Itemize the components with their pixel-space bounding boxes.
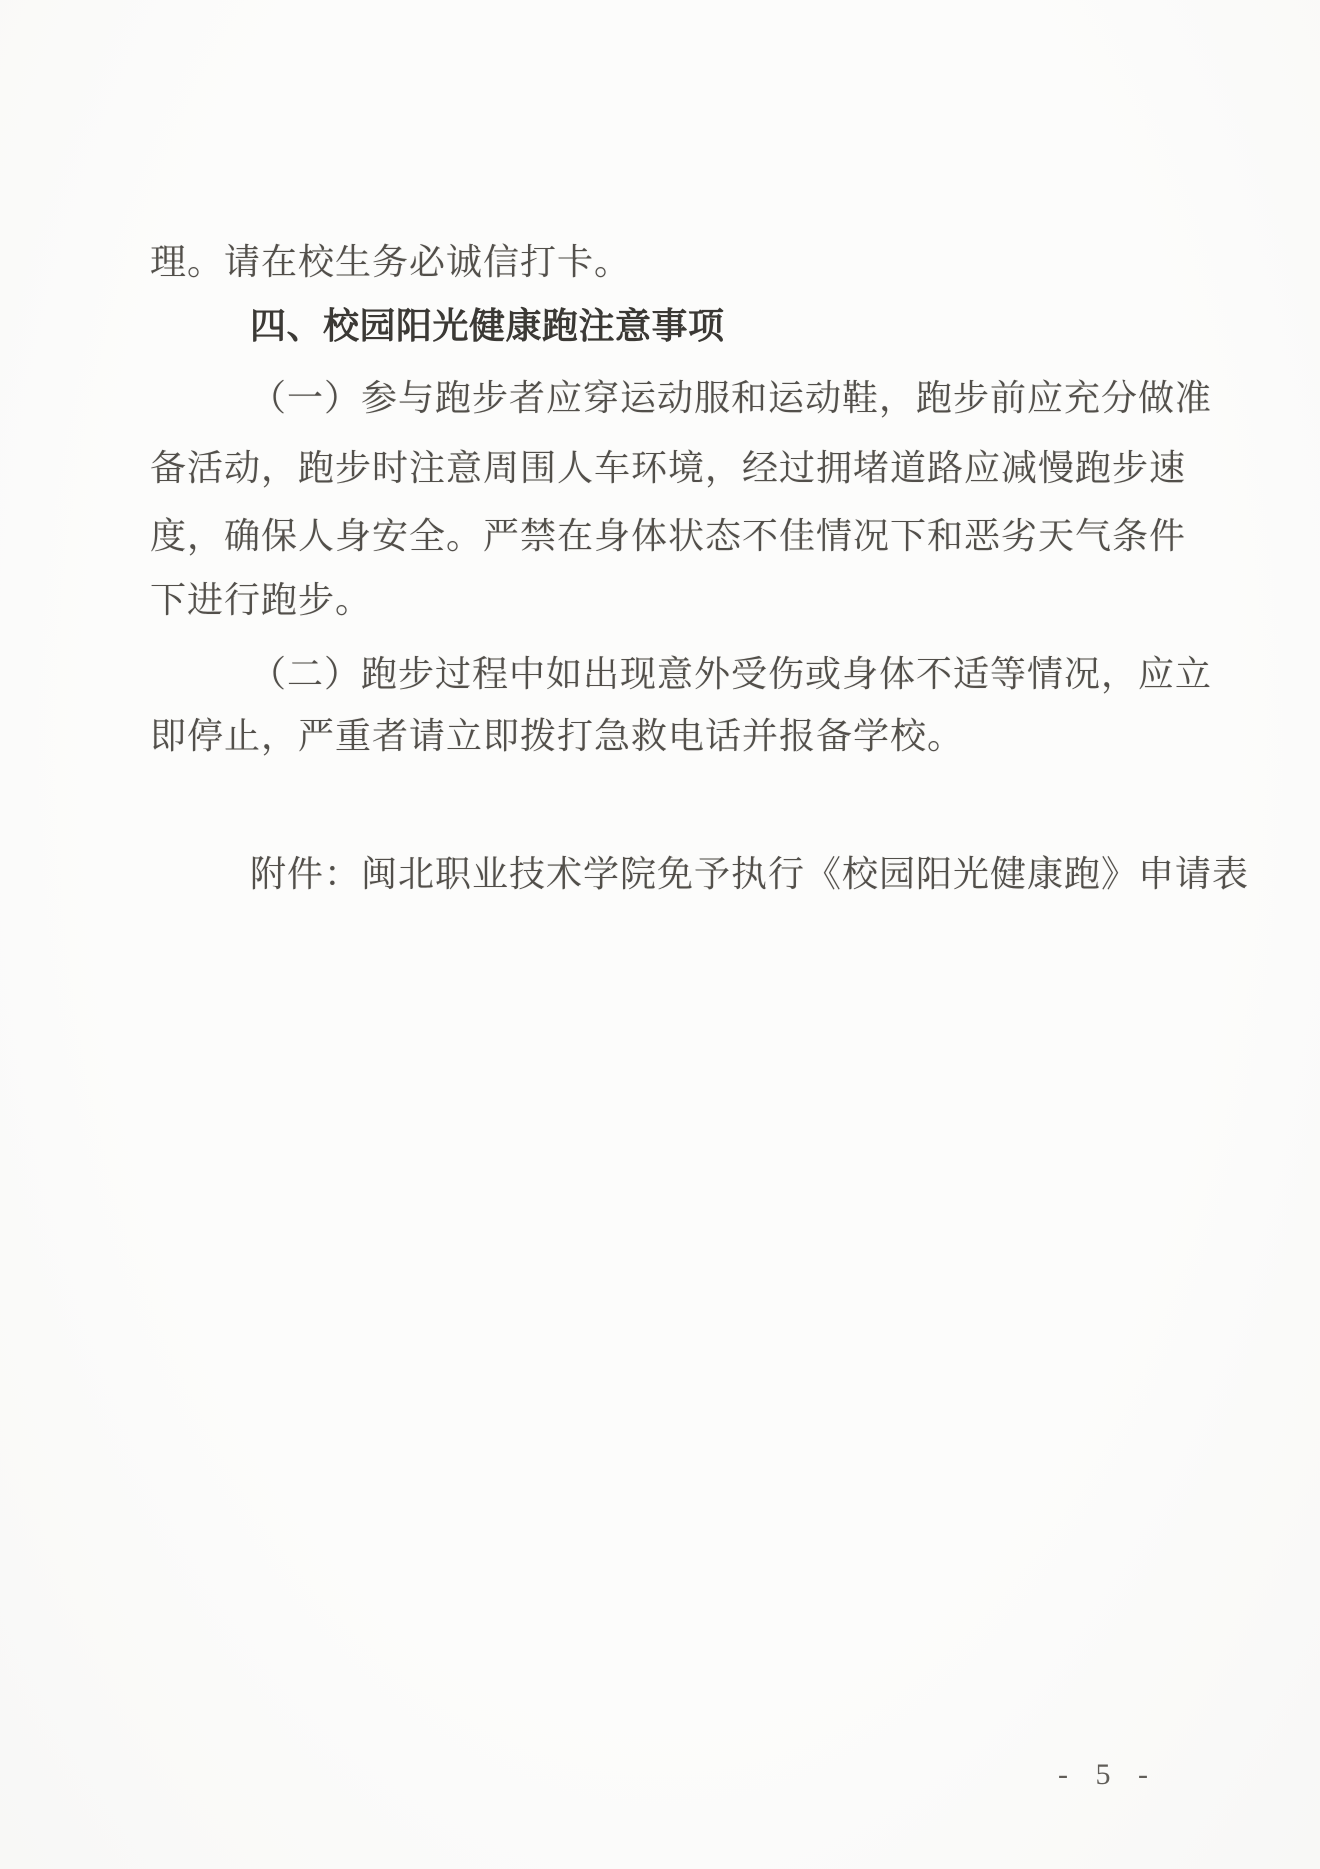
scanned-document-page: 理。请在校生务必诚信打卡。 四、校园阳光健康跑注意事项 （一）参与跑步者应穿运动… — [0, 0, 1320, 1869]
paragraph-one-line-1: （一）参与跑步者应穿运动服和运动鞋，跑步前应充分做准 — [150, 374, 1195, 422]
intro-continuation-line: 理。请在校生务必诚信打卡。 — [150, 238, 1195, 286]
paragraph-one-line-3: 度，确保人身安全。严禁在身体状态不佳情况下和恶劣天气条件 — [150, 512, 1195, 560]
attachment-line: 附件：闽北职业技术学院免予执行《校园阳光健康跑》申请表 — [150, 850, 1195, 898]
paragraph-two-line-2: 即停止，严重者请立即拨打急救电话并报备学校。 — [150, 712, 1195, 760]
page-number: - 5 - — [1058, 1758, 1158, 1792]
paragraph-two-line-1: （二）跑步过程中如出现意外受伤或身体不适等情况，应立 — [150, 650, 1195, 698]
paragraph-one-line-2: 备活动，跑步时注意周围人车环境，经过拥堵道路应减慢跑步速 — [150, 444, 1195, 492]
section-heading: 四、校园阳光健康跑注意事项 — [150, 302, 1195, 350]
paragraph-one-line-4: 下进行跑步。 — [150, 576, 1195, 624]
